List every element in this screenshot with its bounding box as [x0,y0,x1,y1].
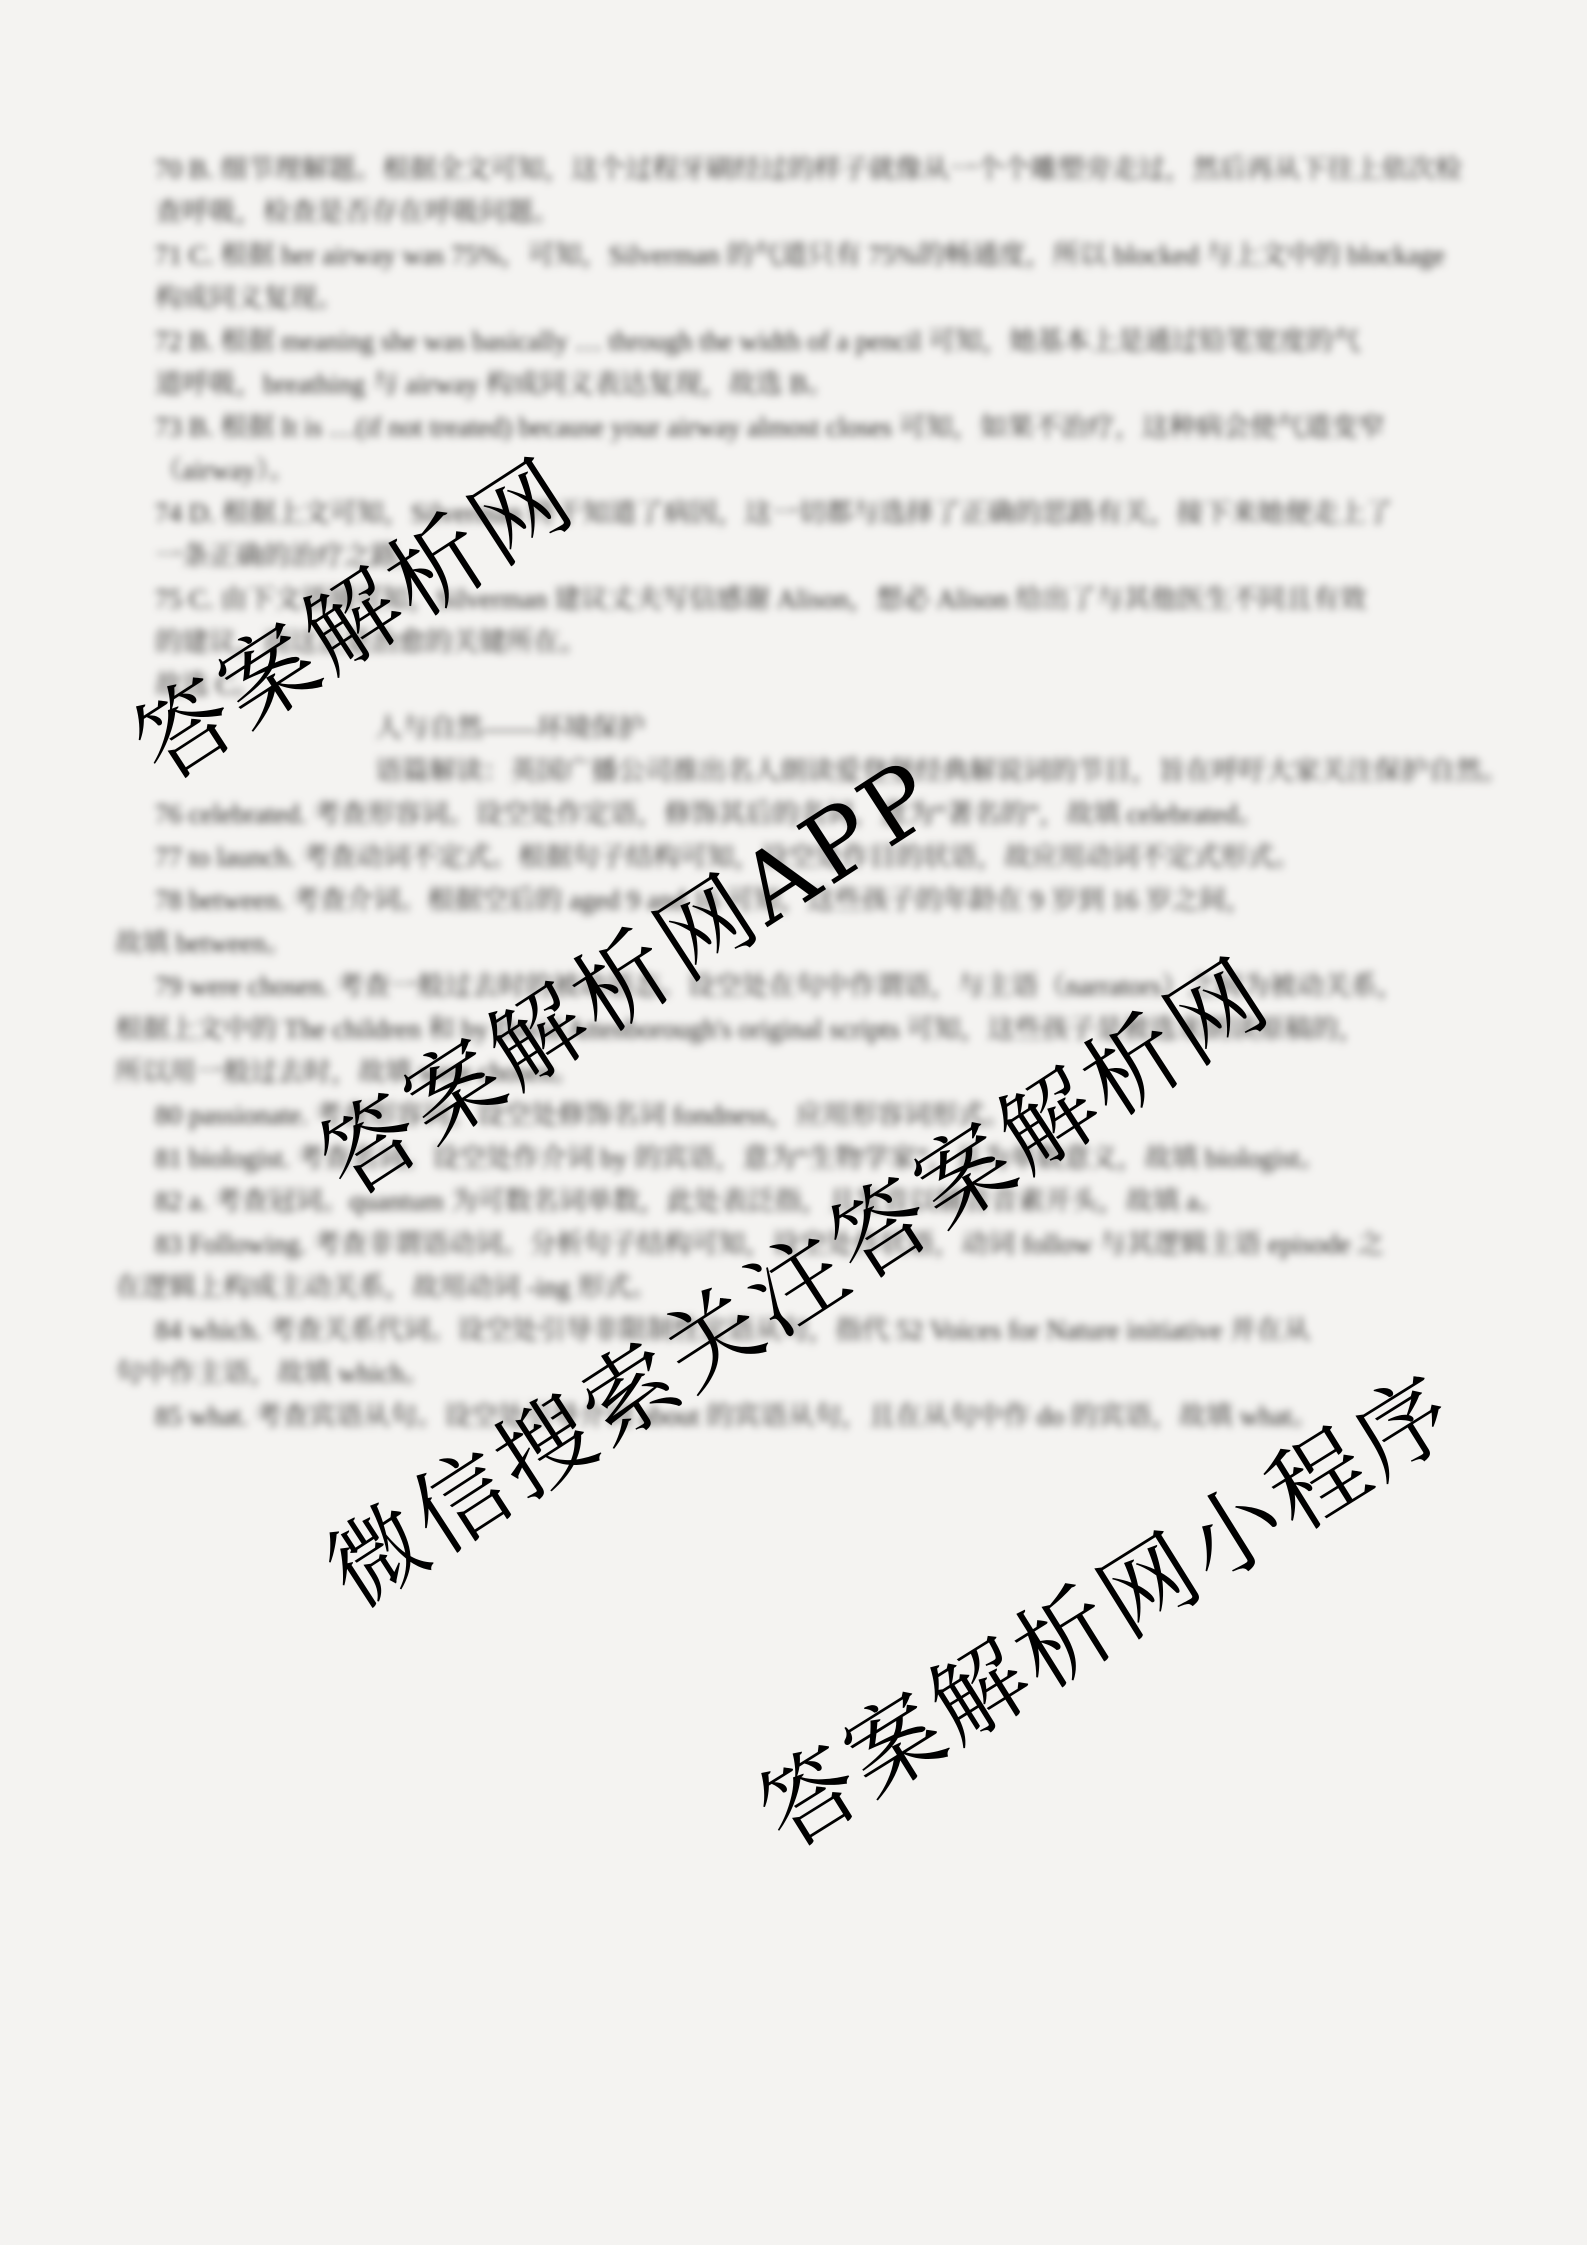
text-line: 语篇解读：英国广播公司推出名人朗读爱登堡经典解说词的节目，旨在呼吁大家关注保护自… [375,750,1587,793]
document-page: 70 B. 细节理解题。根据全文可知，这个过程牙刷经过的样子就像从一个个雕塑旁走… [0,0,1587,2245]
text-line: 故填 between。 [115,922,1587,965]
text-line: 73 B. 根据 It is …(if not treated) because… [155,406,1587,449]
text-line: 72 B. 根据 meaning she was basically … thr… [155,320,1587,363]
text-line: 84 which. 考查关系代词。设空处引导非限制性定语从句，指代 52 Voi… [155,1309,1587,1352]
text-line: 构成同义复现。 [155,277,1587,320]
text-line: 查呼吸，检查是否存在呼吸问题。 [155,191,1587,234]
text-line: 79 were chosen. 考查一般过去时的被动语态。设空处在句中作谓语，与… [155,965,1587,1008]
text-line: 人与自然——环境保护 [375,707,1587,750]
text-line: （airway）。 [155,449,1587,492]
text-line: 70 B. 细节理解题。根据全文可知，这个过程牙刷经过的样子就像从一个个雕塑旁走… [155,148,1587,191]
text-line: 道呼吸，breathing 与 airway 构成同义表达复现，故选 B。 [155,363,1587,406]
text-line: 71 C. 根据 her airway was 75%，可知，Silverman… [155,234,1587,277]
text-line: 根据上文中的 The children 和 by David Attenboro… [115,1008,1587,1051]
